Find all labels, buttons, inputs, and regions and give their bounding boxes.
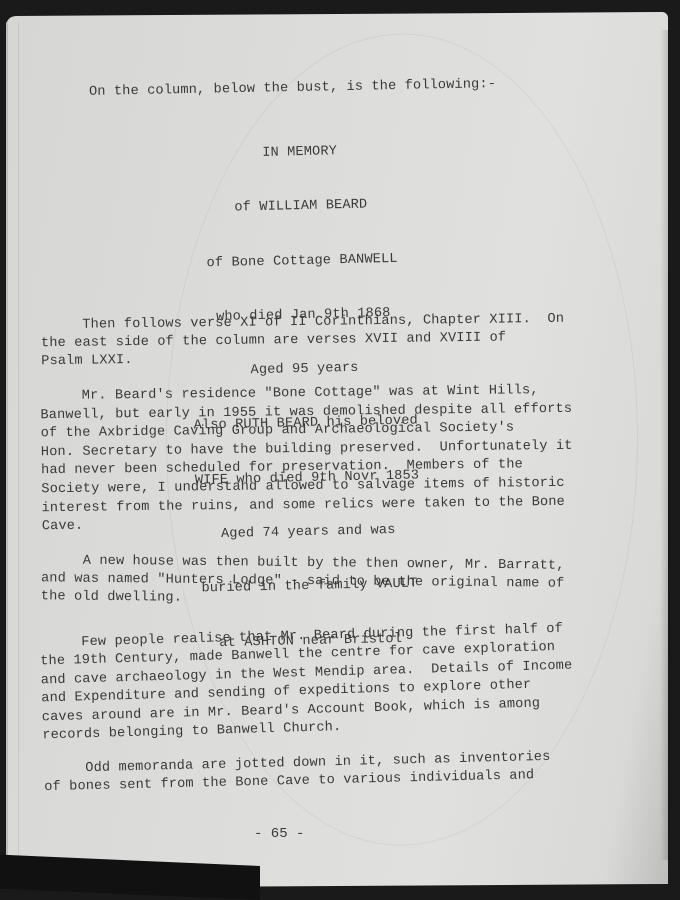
paragraph-hunters-lodge: A new house was then built by the then o… xyxy=(41,552,565,611)
binding-shadow xyxy=(660,30,670,860)
paragraph-corinthians: Then follows verse XI of II Corinthians,… xyxy=(41,311,565,371)
page-number: - 65 - xyxy=(254,826,304,842)
inscription-line: of Bone Cottage BANWELL xyxy=(147,249,457,274)
page-stack-edge xyxy=(6,22,19,862)
inscription-line: IN MEMORY xyxy=(144,141,454,166)
paragraph-bone-cottage: Mr. Beard's residence "Bone Cottage" was… xyxy=(40,382,573,537)
paragraph-cave-exploration: Few people realise that Mr. Beard during… xyxy=(40,621,575,746)
inscription-line: of WILLIAM BEARD xyxy=(146,195,456,220)
